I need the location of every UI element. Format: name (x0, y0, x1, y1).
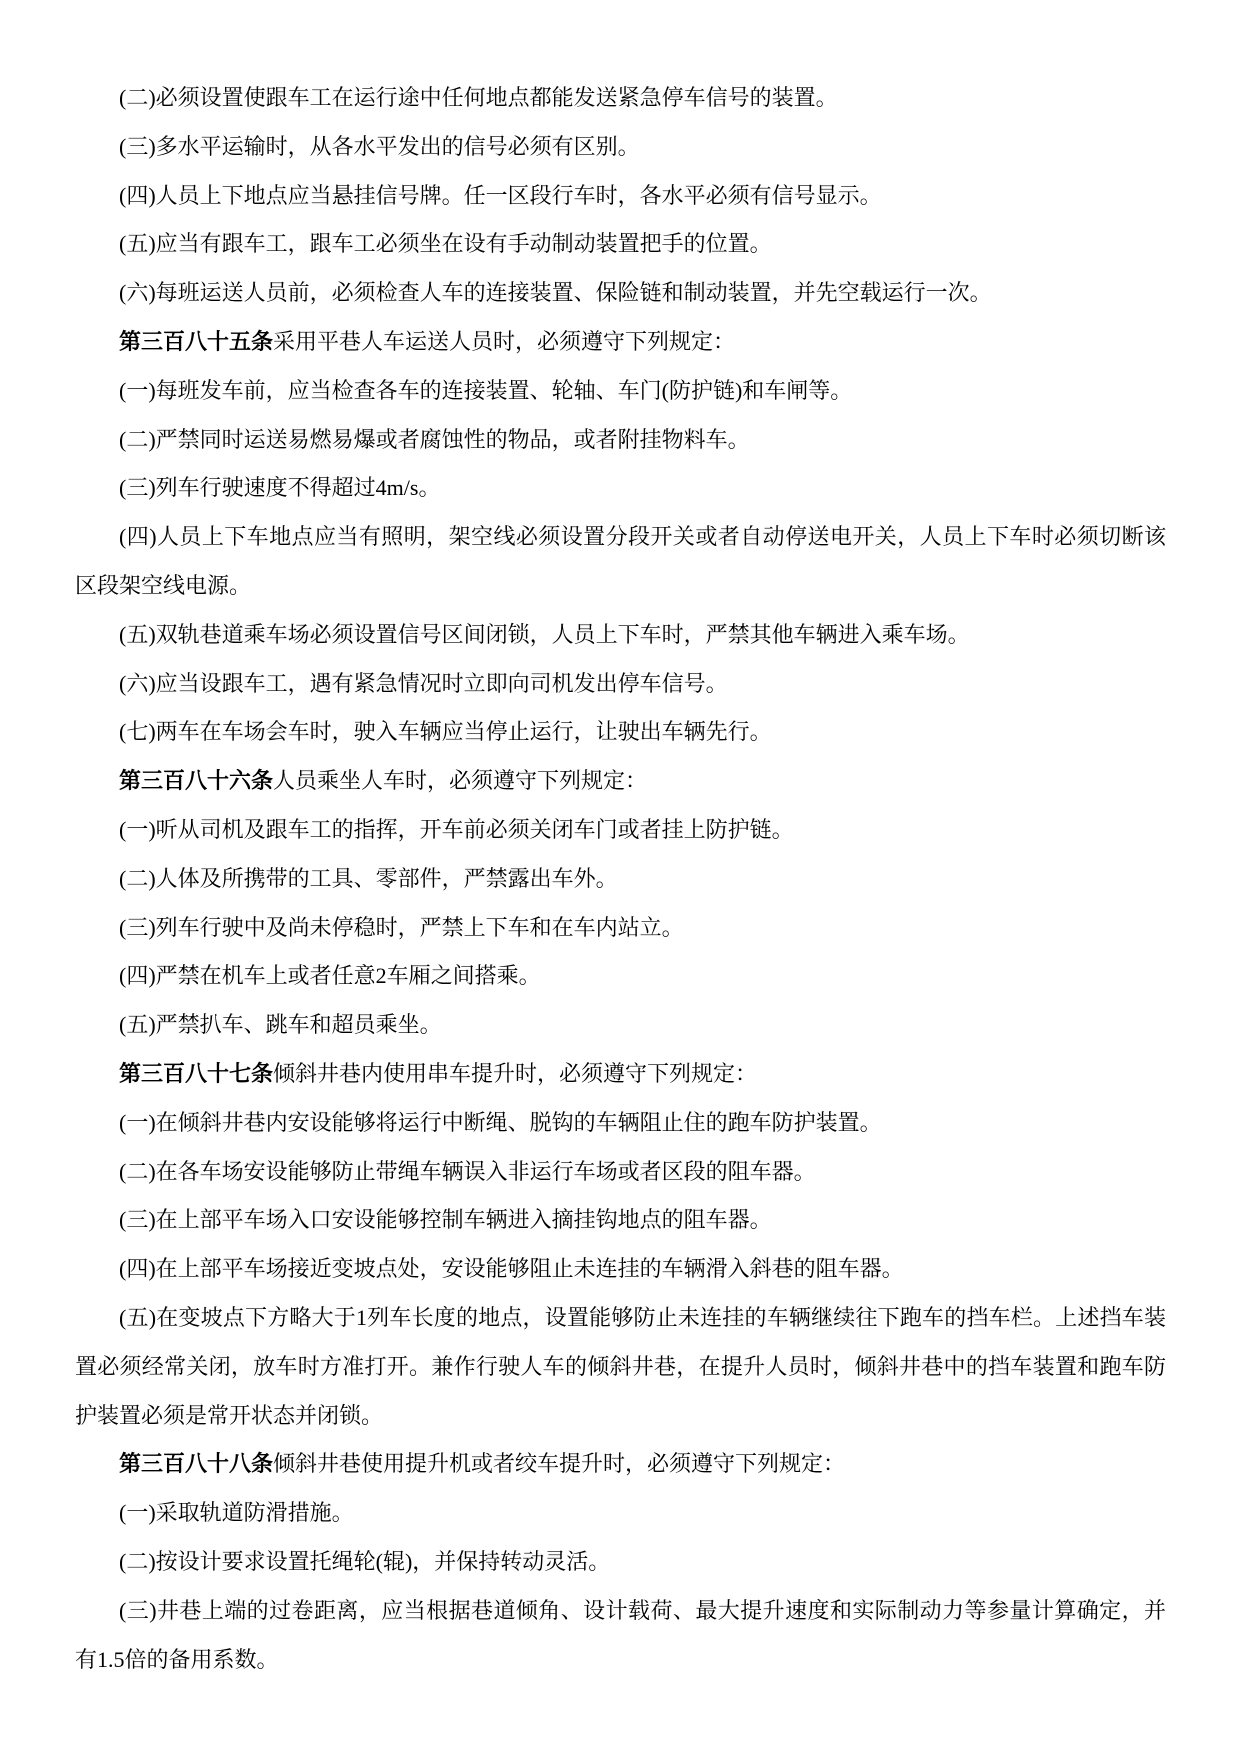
article-paragraph: 第三百八十七条倾斜井巷内使用串车提升时，必须遵守下列规定： (75, 1050, 1166, 1099)
item-paragraph: (三)多水平运输时，从各水平发出的信号必须有区别。 (75, 123, 1166, 172)
item-paragraph: (三)井巷上端的过卷距离，应当根据巷道倾角、设计载荷、最大提升速度和实际制动力等… (75, 1587, 1166, 1685)
article-text: 倾斜井巷内使用串车提升时，必须遵守下列规定： (273, 1061, 757, 1086)
item-paragraph: (五)应当有跟车工，跟车工必须坐在设有手动制动装置把手的位置。 (75, 220, 1166, 269)
item-paragraph: (一)采取轨道防滑措施。 (75, 1489, 1166, 1538)
item-paragraph: (二)按设计要求设置托绳轮(辊)，并保持转动灵活。 (75, 1538, 1166, 1587)
item-paragraph: (六)每班运送人员前，必须检查人车的连接装置、保险链和制动装置，并先空载运行一次… (75, 269, 1166, 318)
item-paragraph: (四)严禁在机车上或者任意2车厢之间搭乘。 (75, 952, 1166, 1001)
article-text: 倾斜井巷使用提升机或者绞车提升时，必须遵守下列规定： (273, 1451, 845, 1476)
article-paragraph: 第三百八十六条人员乘坐人车时，必须遵守下列规定： (75, 757, 1166, 806)
item-paragraph: (二)必须设置使跟车工在运行途中任何地点都能发送紧急停车信号的装置。 (75, 74, 1166, 123)
item-paragraph: (四)在上部平车场接近变坡点处，安设能够阻止未连挂的车辆滑入斜巷的阻车器。 (75, 1245, 1166, 1294)
item-paragraph: (七)两车在车场会车时，驶入车辆应当停止运行，让驶出车辆先行。 (75, 708, 1166, 757)
item-paragraph: (三)列车行驶速度不得超过4m/s。 (75, 464, 1166, 513)
article-number: 第三百八十八条 (119, 1451, 273, 1476)
article-number: 第三百八十五条 (119, 329, 273, 354)
item-paragraph: (一)听从司机及跟车工的指挥，开车前必须关闭车门或者挂上防护链。 (75, 806, 1166, 855)
article-text: 人员乘坐人车时，必须遵守下列规定： (273, 768, 647, 793)
article-text: 采用平巷人车运送人员时，必须遵守下列规定： (273, 329, 735, 354)
item-paragraph: (一)在倾斜井巷内安设能够将运行中断绳、脱钩的车辆阻止住的跑车防护装置。 (75, 1099, 1166, 1148)
document-body: (二)必须设置使跟车工在运行途中任何地点都能发送紧急停车信号的装置。(三)多水平… (75, 74, 1166, 1684)
item-paragraph: (五)在变坡点下方略大于1列车长度的地点，设置能够防止未连挂的车辆继续往下跑车的… (75, 1294, 1166, 1440)
article-number: 第三百八十六条 (119, 768, 273, 793)
article-paragraph: 第三百八十八条倾斜井巷使用提升机或者绞车提升时，必须遵守下列规定： (75, 1440, 1166, 1489)
article-number: 第三百八十七条 (119, 1061, 273, 1086)
item-paragraph: (五)严禁扒车、跳车和超员乘坐。 (75, 1001, 1166, 1050)
item-paragraph: (二)在各车场安设能够防止带绳车辆误入非运行车场或者区段的阻车器。 (75, 1148, 1166, 1197)
item-paragraph: (一)每班发车前，应当检查各车的连接装置、轮轴、车门(防护链)和车闸等。 (75, 367, 1166, 416)
item-paragraph: (五)双轨巷道乘车场必须设置信号区间闭锁，人员上下车时，严禁其他车辆进入乘车场。 (75, 611, 1166, 660)
item-paragraph: (四)人员上下地点应当悬挂信号牌。任一区段行车时，各水平必须有信号显示。 (75, 172, 1166, 221)
item-paragraph: (二)人体及所携带的工具、零部件，严禁露出车外。 (75, 855, 1166, 904)
item-paragraph: (三)列车行驶中及尚未停稳时，严禁上下车和在车内站立。 (75, 904, 1166, 953)
item-paragraph: (四)人员上下车地点应当有照明，架空线必须设置分段开关或者自动停送电开关，人员上… (75, 513, 1166, 611)
item-paragraph: (二)严禁同时运送易燃易爆或者腐蚀性的物品，或者附挂物料车。 (75, 416, 1166, 465)
article-paragraph: 第三百八十五条采用平巷人车运送人员时，必须遵守下列规定： (75, 318, 1166, 367)
document-page: (二)必须设置使跟车工在运行途中任何地点都能发送紧急停车信号的装置。(三)多水平… (0, 0, 1241, 1754)
item-paragraph: (三)在上部平车场入口安设能够控制车辆进入摘挂钩地点的阻车器。 (75, 1196, 1166, 1245)
item-paragraph: (六)应当设跟车工，遇有紧急情况时立即向司机发出停车信号。 (75, 660, 1166, 709)
